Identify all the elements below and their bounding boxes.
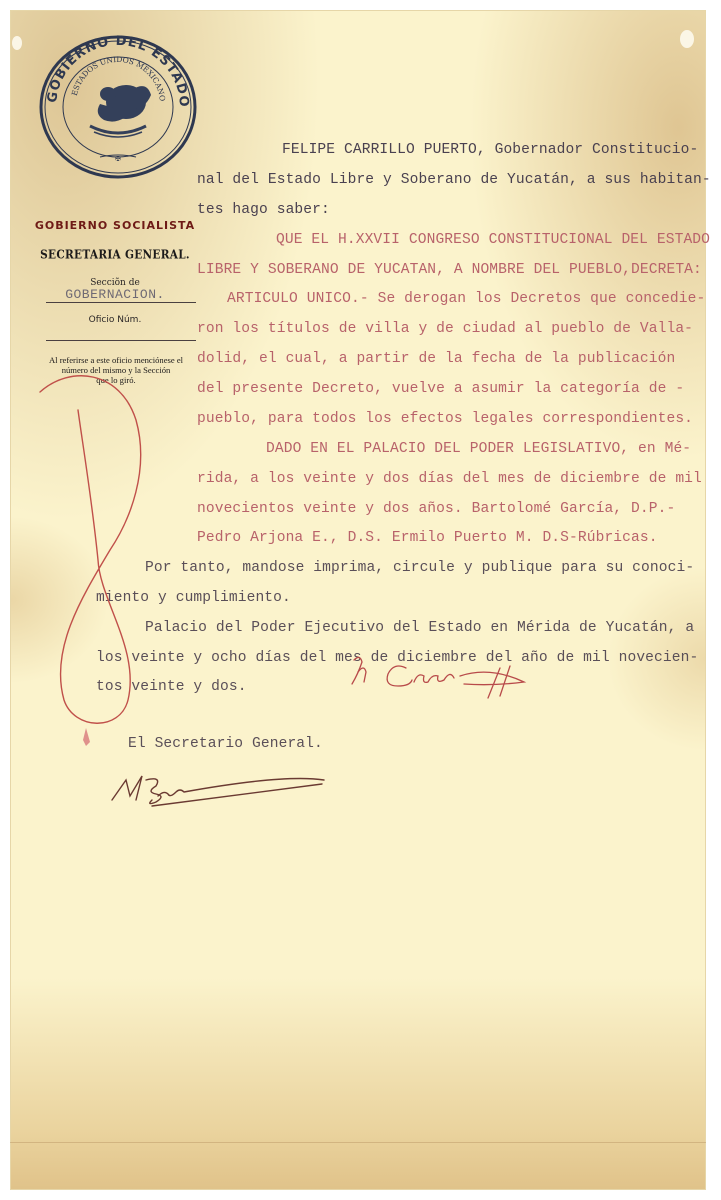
intro-line: tes hago saber: bbox=[197, 202, 330, 218]
paper-wear-spot bbox=[680, 30, 694, 48]
place-date-line: los veinte y ocho días del mes de diciem… bbox=[96, 650, 698, 666]
given-line: novecientos veinte y dos años. Bartolomé… bbox=[197, 501, 675, 517]
letterhead-government: GOBIERNO SOCIALISTA bbox=[30, 219, 200, 232]
section-value: GOBERNACION. bbox=[30, 287, 200, 302]
place-date-line: tos veinte y dos. bbox=[96, 679, 247, 695]
paper-fold-line bbox=[10, 1142, 706, 1143]
oficio-rule bbox=[46, 340, 196, 341]
secretary-label: El Secretario General. bbox=[128, 736, 323, 752]
intro-line: FELIPE CARRILLO PUERTO, Gobernador Const… bbox=[282, 142, 698, 158]
given-line: rida, a los veinte y dos días del mes de… bbox=[197, 471, 702, 487]
section-rule bbox=[46, 302, 196, 303]
article-line: dolid, el cual, a partir de la fecha de … bbox=[197, 351, 675, 367]
article-line: del presente Decreto, vuelve a asumir la… bbox=[197, 381, 684, 397]
article-line: ARTICULO UNICO.- Se derogan los Decretos… bbox=[227, 291, 705, 307]
reference-note-line: que lo giró. bbox=[36, 375, 196, 385]
given-line: DADO EN EL PALACIO DEL PODER LEGISLATIVO… bbox=[266, 441, 691, 457]
paper-wear-spot bbox=[12, 36, 22, 50]
reference-note-line: número del mismo y la Sección bbox=[36, 365, 196, 375]
order-line: miento y cumplimiento. bbox=[96, 590, 291, 606]
decree-heading-line: LIBRE Y SOBERANO DE YUCATAN, A NOMBRE DE… bbox=[197, 262, 702, 278]
government-seal-icon: GOBIERNO DEL ESTADO DE YUCATAN ESTADOS U… bbox=[38, 34, 198, 180]
reference-note: Al referirse a este oficio menciónese el… bbox=[36, 355, 196, 385]
svg-text:✠: ✠ bbox=[115, 154, 121, 164]
reference-note-line: Al referirse a este oficio menciónese el bbox=[36, 355, 196, 365]
letterhead-office: SECRETARIA GENERAL. bbox=[30, 248, 200, 262]
given-line: Pedro Arjona E., D.S. Ermilo Puerto M. D… bbox=[197, 530, 658, 546]
intro-line: nal del Estado Libre y Soberano de Yucat… bbox=[197, 172, 711, 188]
oficio-number-label: Oficio Núm. bbox=[30, 315, 200, 325]
article-line: ron los títulos de villa y de ciudad al … bbox=[197, 321, 693, 337]
article-line: pueblo, para todos los efectos legales c… bbox=[197, 411, 693, 427]
place-date-line: Palacio del Poder Ejecutivo del Estado e… bbox=[145, 620, 694, 636]
decree-heading-line: QUE EL H.XXVII CONGRESO CONSTITUCIONAL D… bbox=[276, 232, 710, 248]
order-line: Por tanto, mandose imprima, circule y pu… bbox=[145, 560, 694, 576]
